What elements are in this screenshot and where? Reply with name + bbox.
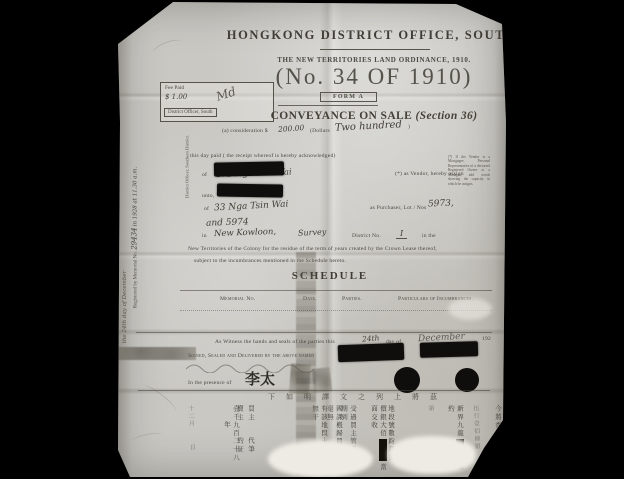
pencil-mark (132, 431, 163, 444)
registration-time: in 1928 at 11.30 a.m. (133, 167, 139, 227)
chinese-column: 壹千九百二十八年 (223, 405, 241, 475)
tape-segment (118, 347, 196, 360)
document-page: Registered by Memorial No. 29434 in 1928… (118, 2, 506, 477)
chinese-column: 伍行壹佰條銀 (471, 405, 482, 475)
chinese-column: 買主代筆 (247, 405, 256, 475)
registration-day-note: the 24th day of December (122, 212, 132, 402)
chinese-column: 十二月日 (186, 405, 197, 475)
chinese-column: 價銀大佰當面交收 (370, 405, 388, 475)
chinese-column: 立讓賣契人今將香港 (494, 405, 512, 475)
redaction-block (379, 439, 387, 461)
redaction-block (503, 448, 511, 470)
registered-label: Registered by Memorial No. (134, 251, 139, 308)
registered-memorial-note: Registered by Memorial No. 29434 in 1928… (131, 148, 142, 328)
printed-area: HONGKONG DISTRICT OFFICE, SOUTH. THE NEW… (160, 2, 500, 477)
paper-damage (388, 436, 476, 474)
chinese-columns: 立讓賣契人今將香港伍行壹佰條銀新界九龍縣約第地段號數鈞月第價銀大佰當面交收受過買… (160, 2, 500, 477)
paper-damage (268, 440, 373, 478)
paper-damage (448, 298, 492, 320)
photo-stage: Registered by Memorial No. 29434 in 1928… (0, 0, 624, 479)
